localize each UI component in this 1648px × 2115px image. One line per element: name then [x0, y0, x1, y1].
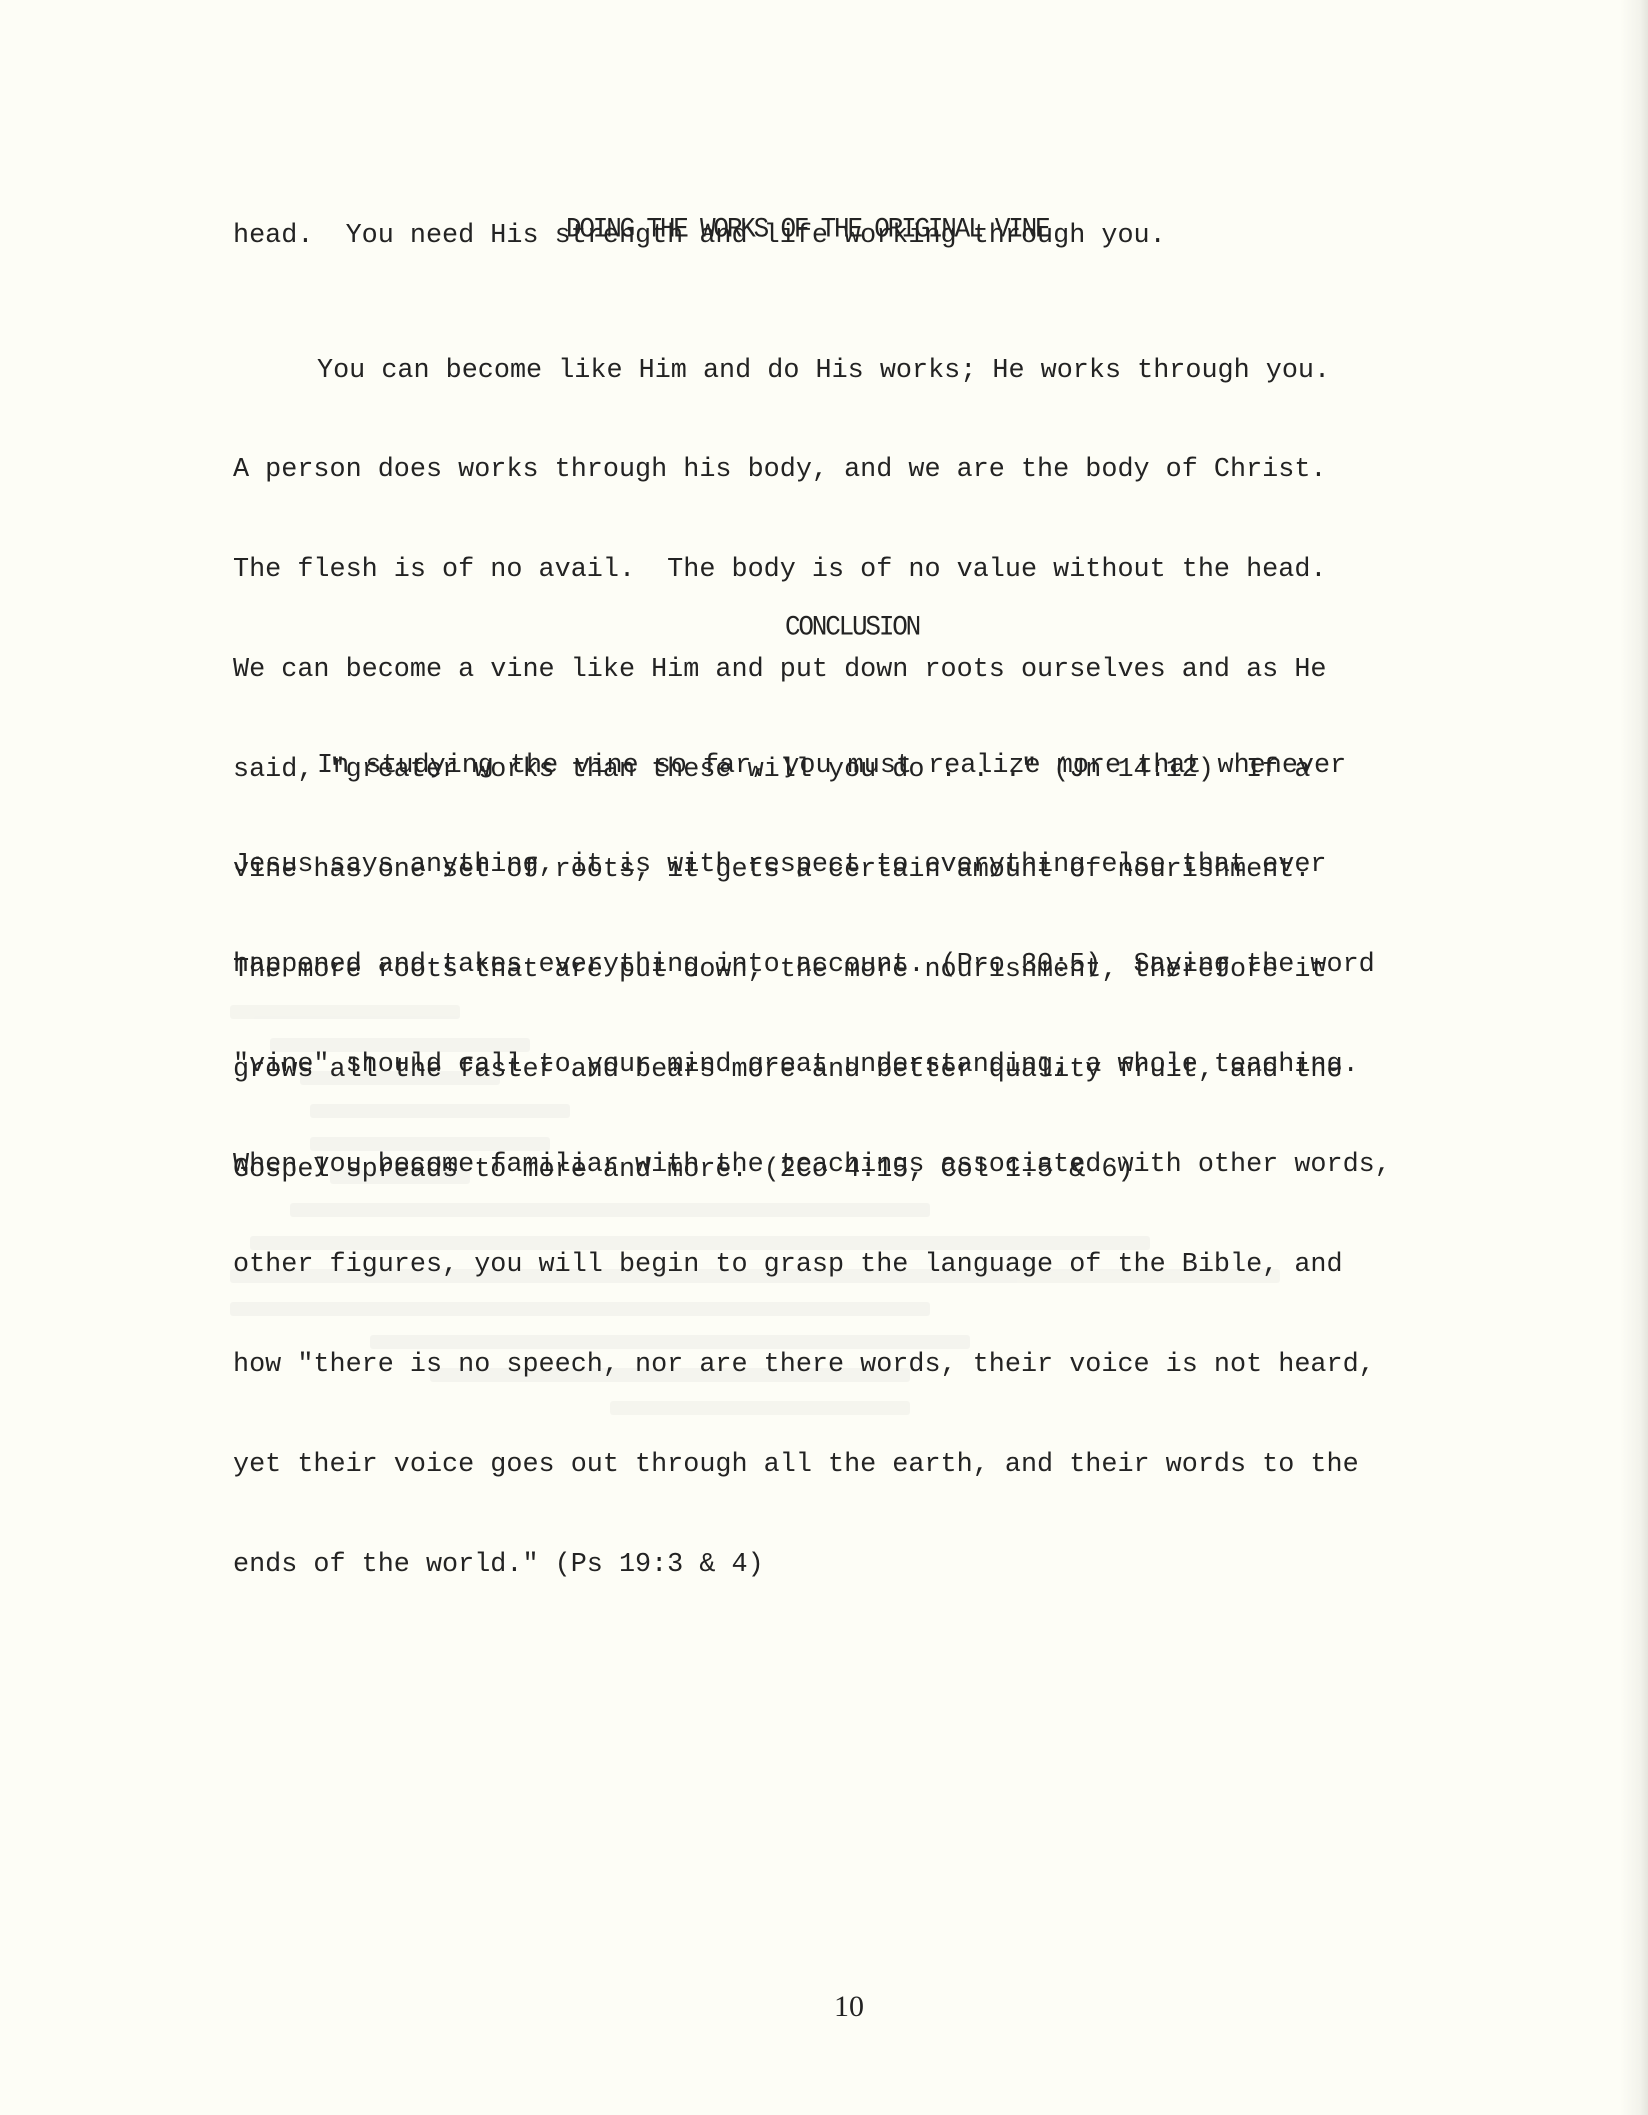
text-line: In studying the vine so far, you must re… [233, 750, 1483, 783]
page-number: 10 [834, 1990, 864, 2024]
text-line: "vine" should call to your mind great un… [233, 1049, 1483, 1082]
section-heading-doing-the-works: DOING THE WORKS OF THE ORIGINAL VINE [566, 213, 1049, 245]
paragraph-conclusion: In studying the vine so far, you must re… [233, 683, 1483, 1649]
document-page: head. You need His strength and life wor… [0, 0, 1648, 2115]
text-line: other figures, you will begin to grasp t… [233, 1249, 1483, 1282]
text-line: The flesh is of no avail. The body is of… [233, 554, 1483, 587]
text-line: how "there is no speech, nor are there w… [233, 1349, 1483, 1382]
text-line: happened and takes everything into accou… [233, 949, 1483, 982]
text-line: You can become like Him and do His works… [233, 355, 1483, 388]
section-heading-conclusion: CONCLUSION [785, 611, 919, 643]
text-line: ends of the world." (Ps 19:3 & 4) [233, 1549, 1483, 1582]
text-line: A person does works through his body, an… [233, 454, 1483, 487]
text-line: When you become familiar with the teachi… [233, 1149, 1483, 1182]
text-line: yet their voice goes out through all the… [233, 1449, 1483, 1482]
text-line: Jesus says anything, it is with respect … [233, 849, 1483, 882]
